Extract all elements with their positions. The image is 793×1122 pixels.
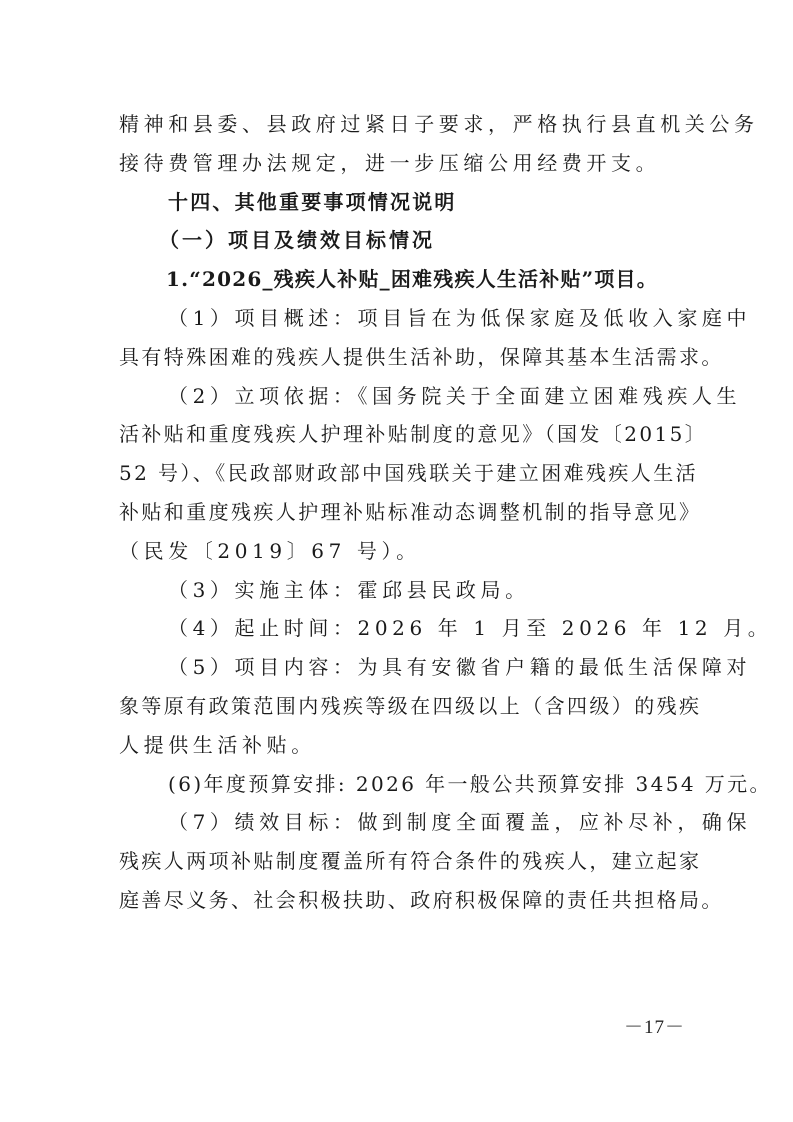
subsection-heading: （一）项目及绩效目标情况 — [119, 221, 675, 260]
item-2-line: （民发〔2019〕67 号）。 — [119, 532, 675, 571]
item-1-line: 具有特殊困难的残疾人提供生活补助，保障其基本生活需求。 — [119, 338, 675, 377]
document-body: 精神和县委、县政府过紧日子要求，严格执行县直机关公务 接待费管理办法规定，进一步… — [119, 105, 675, 920]
item-7-line: 庭善尽义务、社会积极扶助、政府积极保障的责任共担格局。 — [119, 881, 675, 920]
section-heading: 十四、其他重要事项情况说明 — [119, 183, 675, 222]
item-2-line: 活补贴和重度残疾人护理补贴制度的意见》（国发〔2015〕 — [119, 415, 675, 454]
item-5-line: （5）项目内容：为具有安徽省户籍的最低生活保障对 — [119, 648, 675, 687]
item-2-line: （2）立项依据：《国务院关于全面建立困难残疾人生 — [119, 377, 675, 416]
item-6-line: (6)年度预算安排: 2026 年一般公共预算安排 3454 万元。 — [119, 765, 675, 804]
item-2-line: 补贴和重度残疾人护理补贴标准动态调整机制的指导意见》 — [119, 493, 675, 532]
body-text-line: 接待费管理办法规定，进一步压缩公用经费开支。 — [119, 144, 675, 183]
item-1-line: （1）项目概述：项目旨在为低保家庭及低收入家庭中 — [119, 299, 675, 338]
item-3-line: （3）实施主体：霍邱县民政局。 — [119, 571, 675, 610]
item-5-line: 人提供生活补贴。 — [119, 726, 675, 765]
document-page: 精神和县委、县政府过紧日子要求，严格执行县直机关公务 接待费管理办法规定，进一步… — [0, 0, 793, 1122]
item-2-line: 52 号）、《民政部财政部中国残联关于建立困难残疾人生活 — [119, 454, 675, 493]
item-7-line: 残疾人两项补贴制度覆盖所有符合条件的残疾人，建立起家 — [119, 842, 675, 881]
item-7-line: （7）绩效目标：做到制度全面覆盖，应补尽补，确保 — [119, 803, 675, 842]
item-5-line: 象等原有政策范围内残疾等级在四级以上（含四级）的残疾 — [119, 687, 675, 726]
body-text-line: 精神和县委、县政府过紧日子要求，严格执行县直机关公务 — [119, 105, 675, 144]
project-title: 1.“2026_残疾人补贴_困难残疾人生活补贴”项目。 — [119, 260, 675, 299]
item-4-line: （4）起止时间：2026 年 1 月至 2026 年 12 月。 — [119, 609, 675, 648]
page-number: －17－ — [624, 1012, 685, 1039]
